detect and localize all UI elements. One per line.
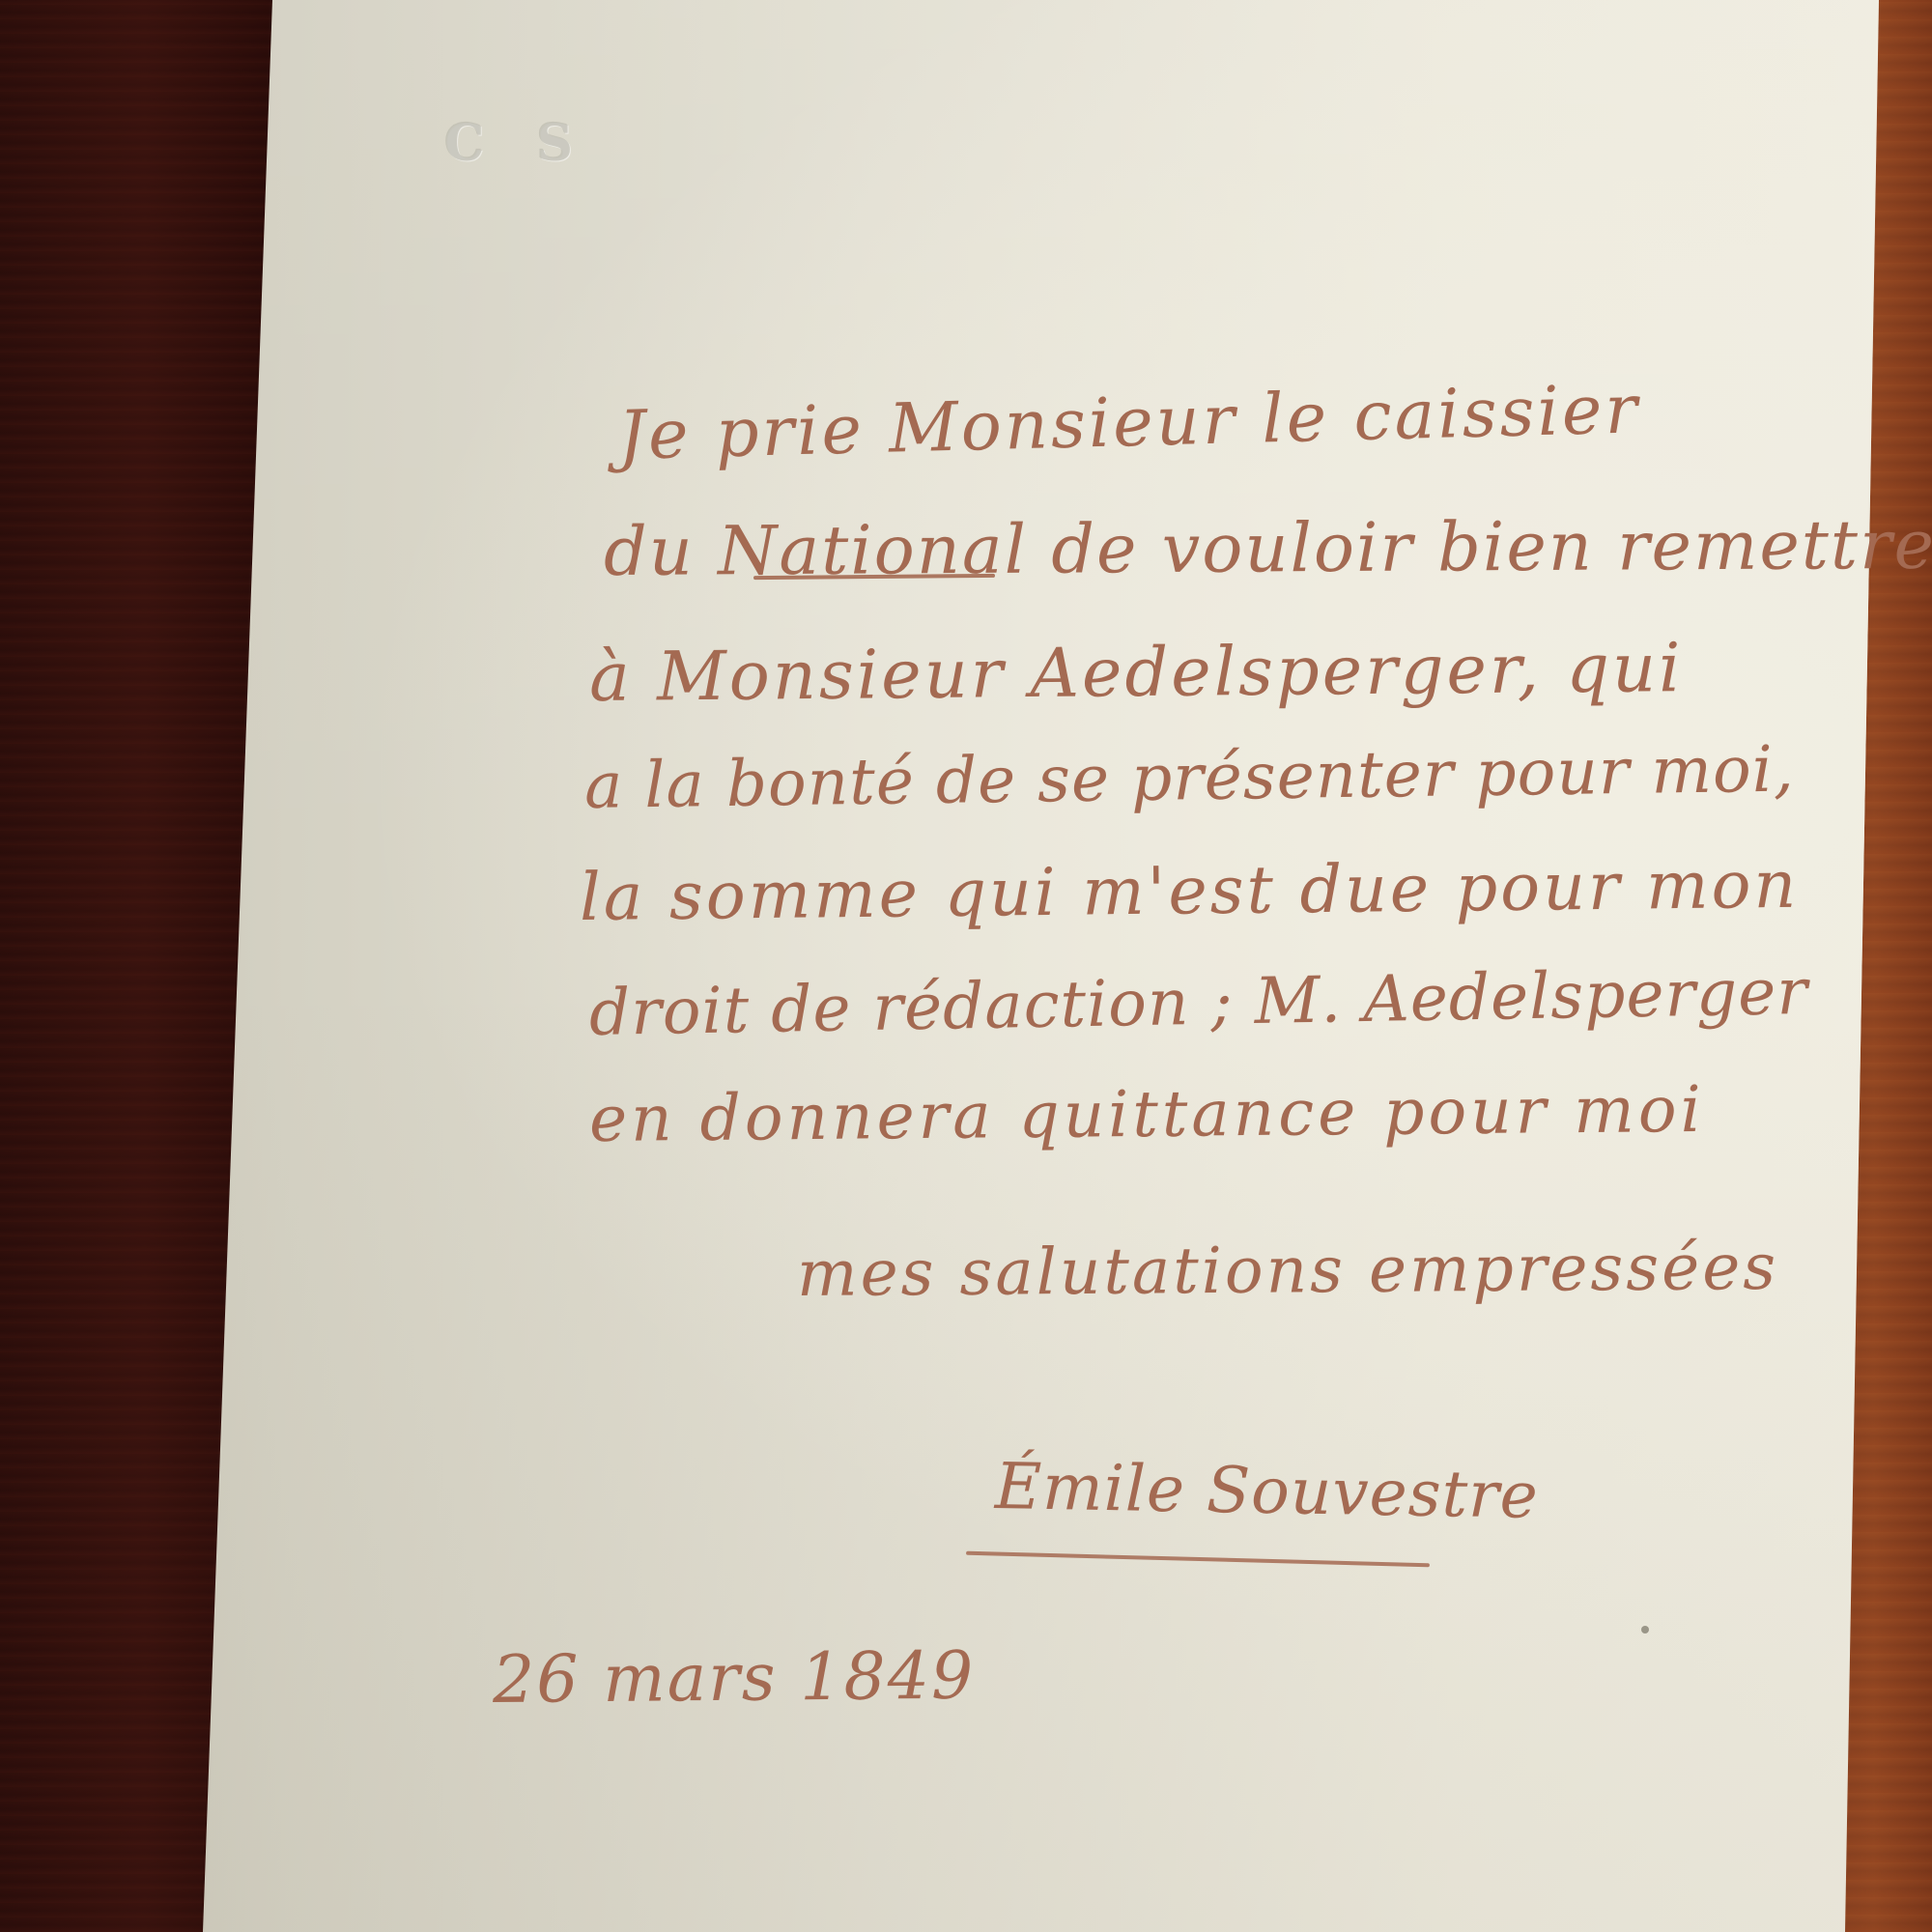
letter-date: 26 mars 1849 [493, 1638, 976, 1719]
letter-line-7: en donnera quittance pour moi [589, 1072, 1705, 1156]
embossed-monogram: C S [444, 114, 590, 173]
paper-speck [1641, 1626, 1649, 1634]
letter-line-3: à Monsieur Aedelsperger, qui [589, 628, 1684, 717]
closing-salutation: mes salutations empressées [797, 1230, 1779, 1311]
signature: Émile Souvestre [994, 1449, 1539, 1533]
letter-line-5: la somme qui m'est due pour mon [580, 847, 1800, 936]
